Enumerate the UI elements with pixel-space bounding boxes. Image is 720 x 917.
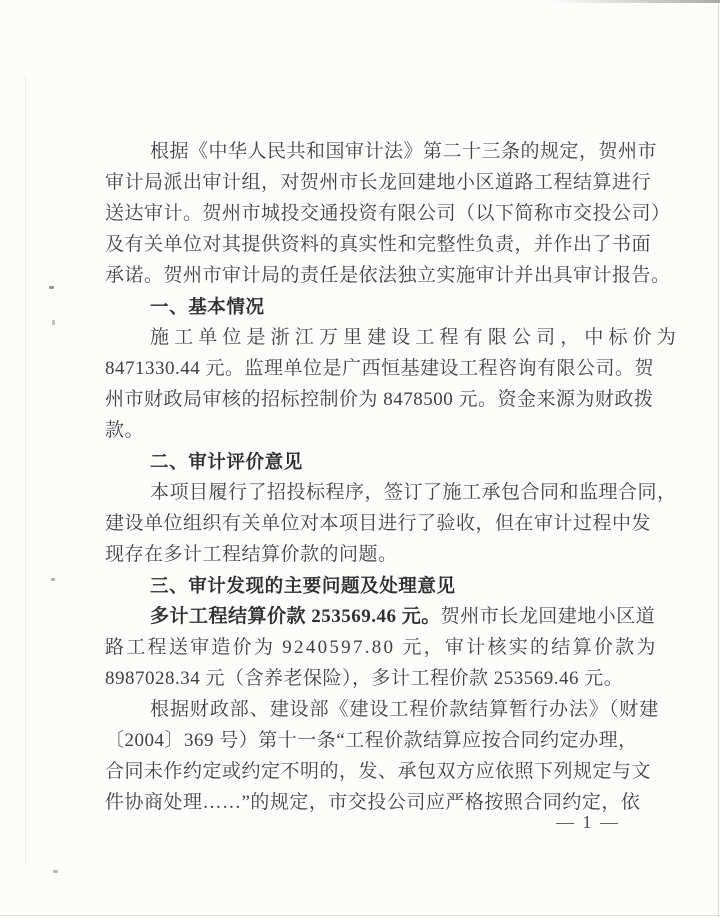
section-heading-text: 三、审计发现的主要问题及处理意见 [150, 575, 456, 596]
text-run: 现存在多计工程结算价款的问题。 [105, 544, 398, 565]
text-run: 州市财政局审核的招标控制价为 8478500 元。资金来源为财政拨 [105, 389, 654, 410]
text-run: 审计局派出审计组，对贺州市长龙回建地小区道路工程结算进行 [105, 172, 651, 193]
text-run: 施工单位是浙江万里建设工程有限公司，中标价为 [150, 327, 681, 348]
text-run: 贺州市长龙回建地小区道 [441, 606, 656, 627]
document-line: 州市财政局审核的招标控制价为 8478500 元。资金来源为财政拨 [105, 384, 653, 415]
text-run: 8987028.34 元（含养老保险），多计工程价款 253569.46 元。 [105, 668, 623, 689]
document-line: 多计工程结算价款 253569.46 元。贺州市长龙回建地小区道 [105, 601, 653, 632]
text-run: 合同未作约定或约定不明的，发、承包双方应依照下列规定与文 [105, 761, 651, 782]
text-run: 根据财政部、建设部《建设工程价款结算暂行办法》（财建 [150, 699, 659, 720]
document-line: 审计局派出审计组，对贺州市长龙回建地小区道路工程结算进行 [105, 167, 653, 198]
document-line: 8987028.34 元（含养老保险），多计工程价款 253569.46 元。 [105, 663, 653, 694]
document-line: 承诺。贺州市审计局的责任是依法独立实施审计并出具审计报告。 [105, 260, 653, 291]
document-body-text: 根据《中华人民共和国审计法》第二十三条的规定，贺州市审计局派出审计组，对贺州市长… [105, 136, 653, 818]
left-margin-fold-line [25, 75, 26, 865]
document-line: 根据财政部、建设部《建设工程价款结算暂行办法》（财建 [105, 694, 653, 725]
text-run: 件协商处理……”的规定，市交投公司应严格按照合同约定，依 [105, 792, 640, 813]
section-heading-text: 一、基本情况 [150, 296, 265, 317]
bold-text-run: 多计工程结算价款 253569.46 元。 [150, 606, 441, 627]
document-line: 款。 [105, 415, 653, 446]
scan-edge-shadow [555, 0, 720, 3]
page-number: — 1 — [556, 812, 620, 833]
text-run: 送达审计。贺州市城投交通投资有限公司（以下简称市交投公司） [105, 203, 671, 224]
document-line: 路工程送审造价为 9240597.80 元，审计核实的结算价款为 [105, 632, 653, 663]
section-heading: 一、基本情况 [105, 291, 653, 322]
scan-speckle [53, 870, 58, 873]
document-line: 合同未作约定或约定不明的，发、承包双方应依照下列规定与文 [105, 756, 653, 787]
text-run: 及有关单位对其提供资料的真实性和完整性负责，并作出了书面 [105, 234, 651, 255]
document-line: 施工单位是浙江万里建设工程有限公司，中标价为 [105, 322, 653, 353]
text-run: 建设单位组织有关单位对本项目进行了验收，但在审计过程中发 [105, 513, 651, 534]
scan-speckle [49, 286, 54, 289]
document-line: 现存在多计工程结算价款的问题。 [105, 539, 653, 570]
document-line: 及有关单位对其提供资料的真实性和完整性负责，并作出了书面 [105, 229, 653, 260]
document-line: 建设单位组织有关单位对本项目进行了验收，但在审计过程中发 [105, 508, 653, 539]
text-run: 根据《中华人民共和国审计法》第二十三条的规定，贺州市 [150, 141, 657, 162]
section-heading: 三、审计发现的主要问题及处理意见 [105, 570, 653, 601]
scan-speckle [52, 320, 55, 325]
scan-edge-line-right [718, 0, 719, 917]
document-line: 本项目履行了招投标程序，签订了施工承包合同和监理合同， [105, 477, 653, 508]
document-line: 〔2004〕369 号）第十一条“工程价款结算应按合同约定办理， [105, 725, 653, 756]
scan-speckle [51, 578, 55, 581]
scan-edge-line-bottom [0, 915, 720, 916]
document-line: 8471330.44 元。监理单位是广西恒基建设工程咨询有限公司。贺 [105, 353, 653, 384]
text-run: 本项目履行了招投标程序，签订了施工承包合同和监理合同， [150, 482, 677, 503]
text-run: 8471330.44 元。监理单位是广西恒基建设工程咨询有限公司。贺 [105, 358, 654, 379]
text-run: 承诺。贺州市审计局的责任是依法独立实施审计并出具审计报告。 [105, 265, 671, 286]
text-run: 款。 [105, 420, 144, 441]
document-line: 根据《中华人民共和国审计法》第二十三条的规定，贺州市 [105, 136, 653, 167]
section-heading: 二、审计评价意见 [105, 446, 653, 477]
section-heading-text: 二、审计评价意见 [150, 451, 303, 472]
document-line: 送达审计。贺州市城投交通投资有限公司（以下简称市交投公司） [105, 198, 653, 229]
text-run: 〔2004〕369 号）第十一条“工程价款结算应按合同约定办理， [105, 730, 638, 751]
text-run: 路工程送审造价为 9240597.80 元，审计核实的结算价款为 [105, 637, 658, 658]
scanned-document-page: { "document_page": { "colors": { "backgr… [0, 0, 720, 917]
